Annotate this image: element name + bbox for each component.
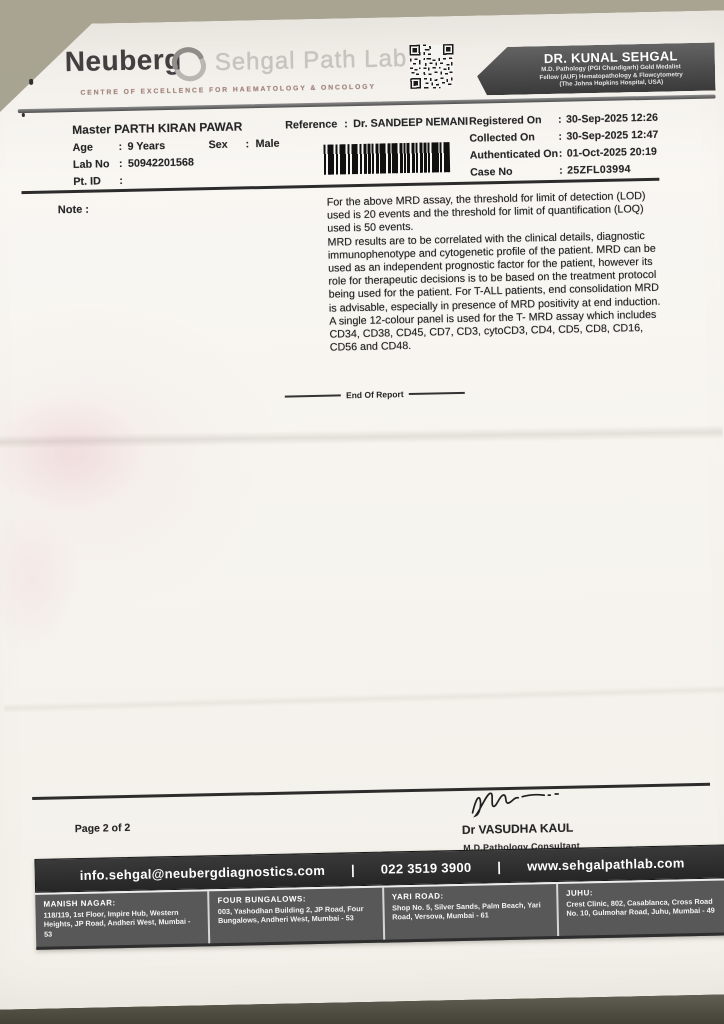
- location-name: FOUR BUNGALOWS:: [218, 893, 374, 905]
- reference-label: Reference: [285, 118, 337, 131]
- age-value: 9 Years: [127, 140, 165, 153]
- page-number: Page 2 of 2: [75, 822, 131, 835]
- registered-on-label: Registered On: [469, 114, 542, 128]
- colon: :: [559, 148, 563, 160]
- signatory-name: Dr VASUDHA KAUL: [462, 821, 574, 837]
- collected-on-label: Collected On: [469, 131, 535, 144]
- qr-code-icon: [409, 44, 454, 89]
- colon: :: [245, 138, 249, 150]
- case-no-label: Case No: [470, 166, 513, 179]
- colon: :: [119, 175, 123, 187]
- footer-divider: [32, 783, 710, 800]
- note-paragraph: For the above MRD assay, the threshold f…: [327, 190, 662, 237]
- patient-name: Master PARTH KIRAN PAWAR: [72, 119, 243, 137]
- case-no-value: 25ZFL03994: [567, 163, 631, 176]
- note-label: Note :: [58, 204, 89, 217]
- brand-name-secondary: Sehgal Path Lab: [215, 45, 408, 77]
- location-name: YARI ROAD:: [392, 889, 548, 901]
- brand-name-primary: Neuberg: [64, 44, 182, 78]
- note-paragraph: MRD results are to be correlated with th…: [327, 229, 663, 315]
- lab-no-label: Lab No: [73, 158, 110, 171]
- colon: :: [118, 141, 122, 153]
- pipe-separator: |: [351, 862, 355, 877]
- barcode: [324, 142, 451, 175]
- note-body: For the above MRD assay, the threshold f…: [327, 190, 664, 355]
- scanned-report: Neuberg Sehgal Path Lab CENTRE OF EXCELL…: [0, 0, 724, 1024]
- colon: :: [558, 131, 562, 143]
- scan-smudge: [0, 506, 83, 658]
- brand-tagline: CENTRE OF EXCELLENCE FOR HAEMATOLOGY & O…: [80, 84, 376, 97]
- location-address: Crest Clinic, 802, Casablanca, Cross Roa…: [566, 897, 723, 919]
- reference-value: Dr. SANDEEP NEMANI: [353, 116, 468, 130]
- contact-email: info.sehgal@neubergdiagnostics.com: [80, 862, 326, 882]
- location-manish-nagar: MANISH NAGAR: 118/119, 1st Floor, Impire…: [35, 891, 208, 947]
- neuberg-logo-icon: [170, 45, 207, 82]
- location-yari-road: YARI ROAD: Shop No. 5, Silver Sands, Pal…: [382, 884, 557, 940]
- header-divider: [18, 95, 716, 114]
- sex-value: Male: [255, 138, 279, 151]
- doctor-ribbon: DR. KUNAL SEHGAL M.D. Pathology (PGI Cha…: [477, 43, 716, 96]
- end-of-report: End Of Report: [285, 388, 465, 402]
- note-paragraph: A single 12-colour panel is used for the…: [329, 308, 664, 355]
- location-address: 118/119, 1st Floor, Impire Hub, Western …: [44, 907, 201, 938]
- location-address: 003, Yashodhan Building 2, JP Road, Four…: [218, 904, 375, 926]
- authenticated-on-value: 01-Oct-2025 20:19: [567, 146, 657, 160]
- location-address: Shop No. 5, Silver Sands, Palm Beach, Ya…: [392, 900, 549, 922]
- signature: [464, 788, 573, 820]
- contact-website: www.sehgalpathlab.com: [527, 855, 685, 873]
- scan-smudge: [0, 392, 150, 515]
- colon: :: [119, 158, 123, 170]
- location-name: JUHU:: [566, 886, 722, 898]
- pipe-separator: |: [497, 859, 501, 874]
- colon: :: [558, 114, 562, 126]
- location-name: MANISH NAGAR:: [43, 896, 199, 908]
- paper-crease: [4, 684, 724, 713]
- collected-on-value: 30-Sep-2025 12:47: [566, 129, 658, 143]
- location-juhu: JUHU: Crest Clinic, 802, Casablanca, Cro…: [556, 880, 724, 936]
- colon: :: [559, 165, 563, 177]
- paper-speck: [22, 113, 25, 117]
- registered-on-value: 30-Sep-2025 12:26: [566, 112, 658, 126]
- sex-label: Sex: [208, 139, 227, 151]
- paper-speck: [29, 79, 33, 85]
- location-four-bungalows: FOUR BUNGALOWS: 003, Yashodhan Building …: [207, 888, 382, 944]
- pt-id-label: Pt. ID: [73, 175, 101, 188]
- age-label: Age: [72, 142, 93, 154]
- colon: :: [344, 118, 348, 130]
- authenticated-on-label: Authenticated On: [470, 148, 559, 162]
- contact-phone: 022 3519 3900: [381, 859, 472, 876]
- divider-dash: [409, 392, 465, 394]
- end-of-report-label: End Of Report: [346, 389, 404, 400]
- lab-no-value: 50942201568: [128, 156, 194, 169]
- footer-contact-block: info.sehgal@neubergdiagnostics.com | 022…: [34, 844, 724, 950]
- divider-dash: [285, 395, 341, 397]
